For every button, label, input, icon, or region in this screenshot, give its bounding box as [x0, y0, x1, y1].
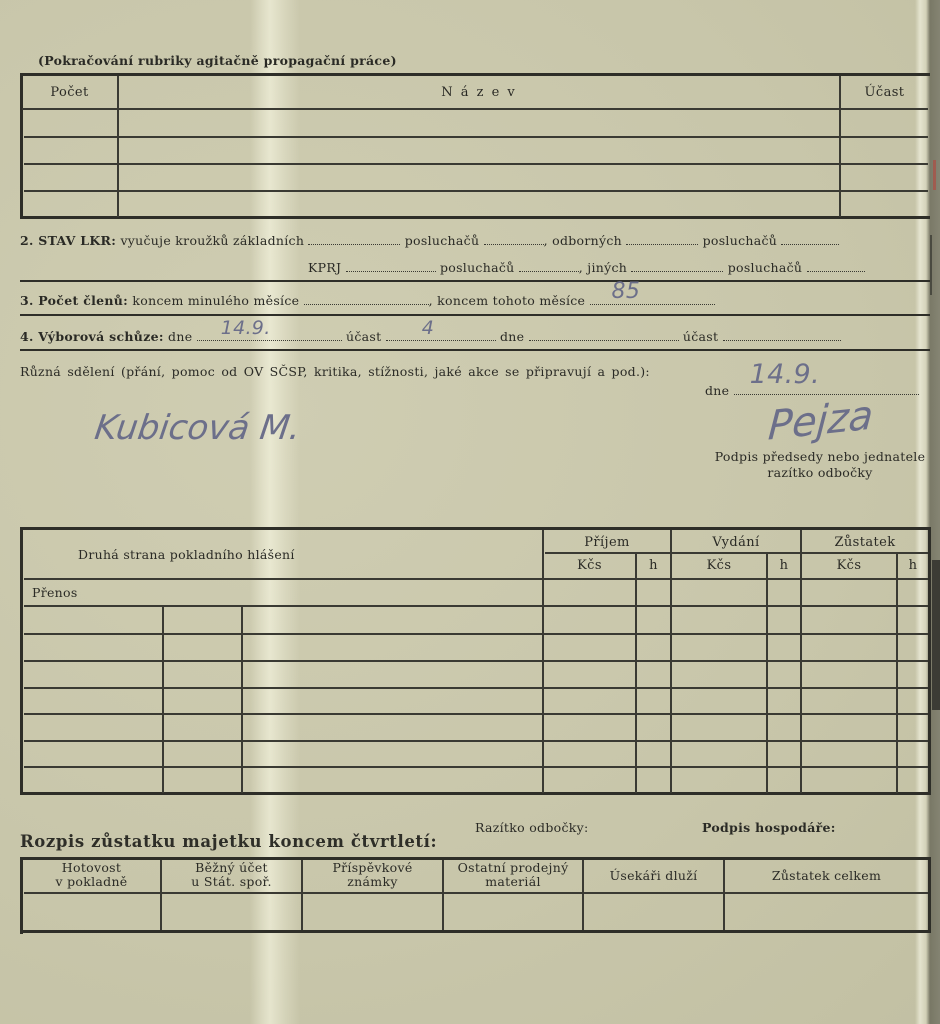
carry-income-h[interactable]	[638, 581, 669, 604]
messages-date-field[interactable]: 14.9.	[734, 383, 919, 395]
column-header-pocet: Počet	[22, 85, 117, 100]
agitation-row-1-ucast[interactable]	[842, 111, 928, 135]
meeting-date-2-label: dne	[500, 329, 524, 344]
assets-col-total: Zůstatek celkem	[725, 869, 928, 883]
messages-handwritten-text[interactable]: Kubicová M.	[92, 408, 303, 448]
agitation-row-4-ucast[interactable]	[842, 192, 928, 215]
section-2-line1-text-a: vyučuje kroužků základních	[120, 233, 304, 248]
group-header-income: Příjem	[544, 535, 670, 550]
assets-value-cash[interactable]	[24, 895, 159, 929]
agitation-row-3-pocet[interactable]	[24, 165, 116, 189]
balance-kcs-header: Kčs	[802, 558, 896, 573]
group-header-balance: Zůstatek	[802, 535, 928, 550]
section-3-text-b: , koncem tohoto měsíce	[429, 293, 586, 308]
section-3-text-a: koncem minulého měsíce	[132, 293, 299, 308]
agitation-row-2-nazev[interactable]	[120, 138, 838, 162]
assets-value-material[interactable]	[445, 895, 581, 929]
paper-edge-mark	[933, 160, 936, 190]
attendance-2-field[interactable]	[723, 329, 841, 341]
specialist-listeners-field[interactable]	[781, 233, 839, 245]
expense-kcs-header: Kčs	[672, 558, 766, 573]
income-kcs-header: Kčs	[544, 558, 635, 573]
members-last-month-field[interactable]	[304, 293, 429, 305]
assets-value-stamps[interactable]	[304, 895, 441, 929]
messages-date-label: dne	[705, 383, 729, 398]
section-2-line2-text-a: KPRJ	[308, 260, 341, 275]
carry-balance-h[interactable]	[899, 581, 927, 604]
treasurer-signature-label: Podpis hospodáře:	[702, 820, 836, 835]
members-this-month-field[interactable]: 85	[590, 293, 715, 305]
agitation-row-4-nazev[interactable]	[120, 192, 838, 215]
meeting-date-2-field[interactable]	[529, 329, 679, 341]
messages-date-value: 14.9.	[750, 359, 820, 390]
carry-income-kcs[interactable]	[545, 581, 634, 604]
attendance-1-field[interactable]: 4	[386, 329, 496, 341]
assets-col-material-line1: Ostatní prodejný	[444, 861, 582, 875]
income-h-header: h	[637, 558, 670, 573]
section-4-label: 4. Výborová schůze:	[20, 329, 164, 344]
agitation-row-1-pocet[interactable]	[24, 111, 116, 135]
signature-caption-1: Podpis předsedy nebo jednatele	[700, 449, 940, 464]
messages-label: Různá sdělení (přání, pomoc od OV SČSP, …	[20, 364, 650, 379]
carry-forward-label: Přenos	[32, 585, 78, 600]
assets-value-bank[interactable]	[163, 895, 300, 929]
agitation-row-2-ucast[interactable]	[842, 138, 928, 162]
cash-row-2[interactable]	[24, 635, 928, 659]
specialist-circles-field[interactable]	[626, 233, 698, 245]
section-3-label: 3. Počet členů:	[20, 293, 128, 308]
agitation-row-3-ucast[interactable]	[842, 165, 928, 189]
carry-expense-kcs[interactable]	[673, 581, 765, 604]
agitation-row-1-nazev[interactable]	[120, 111, 838, 135]
attendance-1-label: účast	[346, 329, 381, 344]
agitation-row-3-nazev[interactable]	[120, 165, 838, 189]
chairman-signature[interactable]: Pejza	[767, 392, 875, 450]
branch-stamp-label: Razítko odbočky:	[475, 820, 589, 835]
cash-row-1[interactable]	[24, 608, 928, 632]
assets-col-debts: Úsekáři dluží	[584, 869, 723, 883]
other-listeners-field[interactable]	[807, 260, 865, 272]
attendance-2-label: účast	[683, 329, 718, 344]
assets-value-total[interactable]	[726, 895, 927, 929]
agitation-section-title: (Pokračování rubriky agitačně propagační…	[38, 53, 397, 68]
assets-col-bank-line1: Běžný účet	[162, 861, 301, 875]
basic-circles-field[interactable]	[308, 233, 400, 245]
assets-col-stamps-line2: známky	[303, 875, 442, 889]
section-2-line2-text-b: posluchačů	[440, 260, 515, 275]
cash-report-title: Druhá strana pokladního hlášení	[78, 547, 295, 562]
assets-col-cash-line2: v pokladně	[23, 875, 160, 889]
basic-listeners-field[interactable]	[484, 233, 544, 245]
attendance-1-value: 4	[422, 317, 434, 339]
group-header-expense: Vydání	[672, 535, 800, 550]
section-2-line1-text-d: posluchačů	[703, 233, 778, 248]
cash-row-7[interactable]	[24, 768, 928, 791]
other-circles-field[interactable]	[631, 260, 723, 272]
kprj-listeners-field[interactable]	[519, 260, 579, 272]
members-this-month-value: 85	[612, 279, 641, 304]
agitation-row-2-pocet[interactable]	[24, 138, 116, 162]
expense-h-header: h	[768, 558, 800, 573]
section-2-line1-text-b: posluchačů	[405, 233, 480, 248]
carry-balance-kcs[interactable]	[803, 581, 895, 604]
assets-col-stamps-line1: Příspěvkové	[303, 861, 442, 875]
assets-breakdown-title: Rozpis zůstatku majetku koncem čtvrtletí…	[20, 832, 437, 851]
cash-row-5[interactable]	[24, 715, 928, 739]
section-2-line2-text-d: posluchačů	[728, 260, 803, 275]
cash-row-3[interactable]	[24, 662, 928, 686]
paper-edge-shadow	[932, 560, 940, 710]
cash-row-4[interactable]	[24, 689, 928, 712]
assets-value-debts[interactable]	[585, 895, 722, 929]
balance-h-header: h	[898, 558, 928, 573]
section-2-label: 2. STAV LKR:	[20, 233, 116, 248]
paper-edge-line	[930, 235, 932, 295]
section-2-line1-text-c: , odborných	[544, 233, 622, 248]
agitation-row-4-pocet[interactable]	[24, 192, 116, 215]
carry-expense-h[interactable]	[769, 581, 799, 604]
column-header-ucast: Účast	[841, 85, 928, 100]
section-2-line2-text-c: , jiných	[579, 260, 627, 275]
kprj-circles-field[interactable]	[346, 260, 436, 272]
column-header-nazev: N á z e v	[119, 85, 839, 100]
signature-caption-2: razítko odbočky	[700, 465, 940, 480]
meeting-date-1-field[interactable]: 14.9.	[197, 329, 342, 341]
assets-col-material-line2: materiál	[444, 875, 582, 889]
cash-row-6[interactable]	[24, 742, 928, 765]
meeting-date-1-value: 14.9.	[221, 317, 271, 339]
assets-col-cash-line1: Hotovost	[23, 861, 160, 875]
meeting-date-1-label: dne	[168, 329, 192, 344]
assets-col-bank-line2: u Stát. spoř.	[162, 875, 301, 889]
